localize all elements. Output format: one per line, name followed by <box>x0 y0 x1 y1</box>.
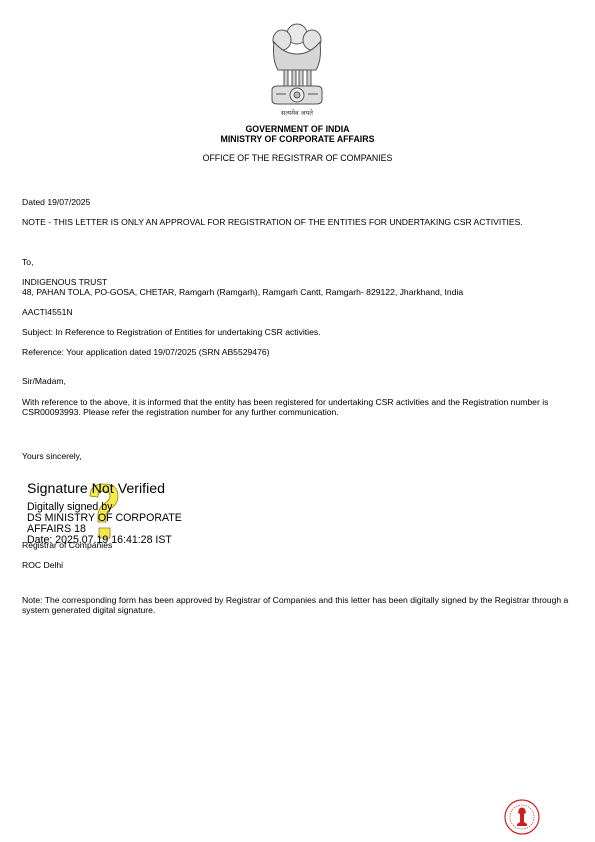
letter-date: Dated 19/07/2025 <box>22 198 90 208</box>
signature-date: Date: 2025.07.19 16:41:28 IST <box>27 535 172 546</box>
recipient-address: 48, PAHAN TOLA, PO-GOSA, CHETAR, Ramgarh… <box>22 288 463 298</box>
header-office: OFFICE OF THE REGISTRAR OF COMPANIES <box>0 153 595 163</box>
mca-seal-icon <box>501 798 543 836</box>
header-ministry: MINISTRY OF CORPORATE AFFAIRS <box>0 134 595 144</box>
letter-reference: Reference: Your application dated 19/07/… <box>22 348 270 358</box>
letter-body: With reference to the above, it is infor… <box>22 398 574 417</box>
footer-note: Note: The corresponding form has been ap… <box>22 596 578 615</box>
state-emblem-icon <box>264 20 330 120</box>
letter-salutation: Sir/Madam, <box>22 377 66 387</box>
recipient-pan: AACTI4551N <box>22 308 73 318</box>
letter-to: To, <box>22 258 33 268</box>
letter-closing: Yours sincerely, <box>22 452 82 462</box>
letter-subject: Subject: In Reference to Registration of… <box>22 328 321 338</box>
emblem-motto: सत्यमेव जयते <box>262 109 332 117</box>
signature-status[interactable]: Signature Not Verified <box>27 481 165 497</box>
signatory-office: ROC Delhi <box>22 561 63 571</box>
letter-note: NOTE - THIS LETTER IS ONLY AN APPROVAL F… <box>22 218 574 228</box>
header-government: GOVERNMENT OF INDIA <box>0 124 595 134</box>
